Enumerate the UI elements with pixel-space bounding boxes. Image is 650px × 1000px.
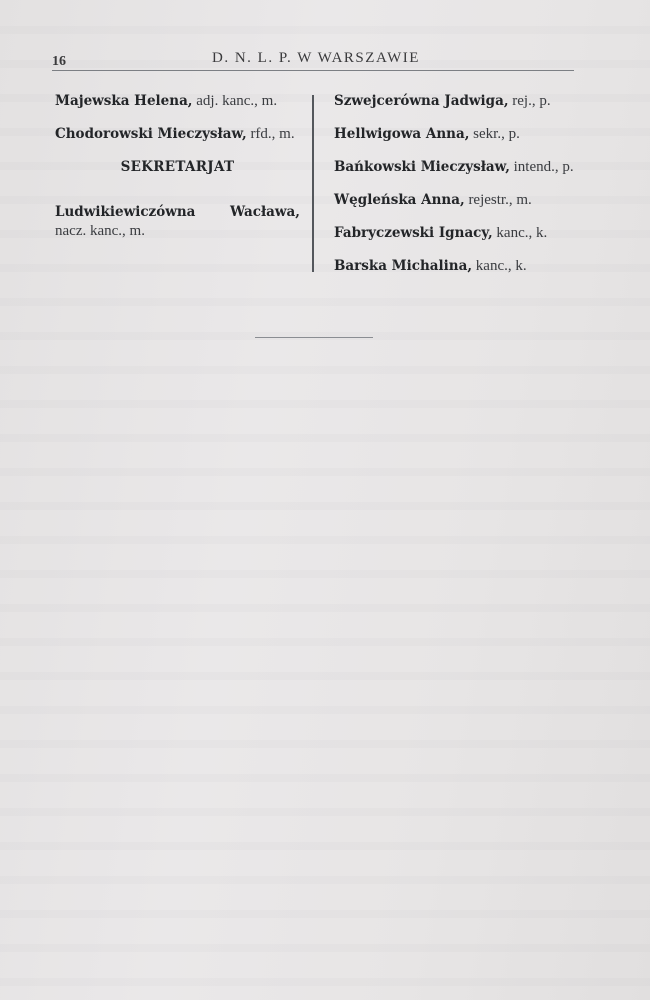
staff-role: rfd., m. (247, 126, 295, 142)
staff-role: kanc., k. (493, 225, 548, 241)
document-page: 16 D. N. L. P. W WARSZAWIE Majewska Hele… (0, 0, 650, 1000)
staff-role: sekr., p. (469, 126, 519, 142)
staff-role: rej., p. (509, 93, 551, 109)
staff-name: Majewska Helena, (55, 93, 193, 109)
staff-entry: Bańkowski Mieczysław, intend., p. (334, 158, 584, 177)
staff-name: Barska Michalina, (334, 258, 472, 274)
staff-role: intend., p. (510, 159, 574, 175)
staff-name: Węgleńska Anna, (334, 192, 465, 208)
page-header: 16 D. N. L. P. W WARSZAWIE (52, 46, 572, 70)
staff-role: adj. kanc., m. (193, 93, 278, 109)
staff-name: Bańkowski Mieczysław, (334, 159, 510, 175)
staff-name: Fabryczewski Ignacy, (334, 225, 493, 241)
staff-name: Szwejcerówna Jadwiga, (334, 93, 509, 109)
right-column: Szwejcerówna Jadwiga, rej., p. Hellwigow… (334, 92, 584, 290)
staff-entry: Fabryczewski Ignacy, kanc., k. (334, 224, 584, 243)
staff-entry: Węgleńska Anna, rejestr., m. (334, 191, 584, 210)
staff-entry: Majewska Helena, adj. kanc., m. (55, 92, 300, 111)
staff-entry: Chodorowski Mieczysław, rfd., m. (55, 125, 300, 144)
section-heading-sekretarjat: SEKRETARJAT (55, 158, 300, 177)
staff-role: kanc., k. (472, 258, 527, 274)
staff-name: Ludwikiewiczówna Wacława, (55, 204, 300, 220)
section-end-rule (255, 337, 373, 338)
staff-entry: Ludwikiewiczówna Wacława, nacz. kanc., m… (55, 203, 300, 241)
staff-entry: Barska Michalina, kanc., k. (334, 257, 584, 276)
staff-name: Chodorowski Mieczysław, (55, 126, 247, 142)
staff-entry: Hellwigowa Anna, sekr., p. (334, 125, 584, 144)
page-number: 16 (52, 54, 66, 70)
staff-role: nacz. kanc., m. (55, 223, 145, 239)
left-column: Majewska Helena, adj. kanc., m. Chodorow… (55, 92, 300, 255)
staff-role: rejestr., m. (465, 192, 532, 208)
column-divider (312, 95, 314, 272)
header-rule (52, 70, 574, 71)
staff-entry: Szwejcerówna Jadwiga, rej., p. (334, 92, 584, 111)
running-title: D. N. L. P. W WARSZAWIE (212, 50, 420, 67)
staff-name: Hellwigowa Anna, (334, 126, 469, 142)
